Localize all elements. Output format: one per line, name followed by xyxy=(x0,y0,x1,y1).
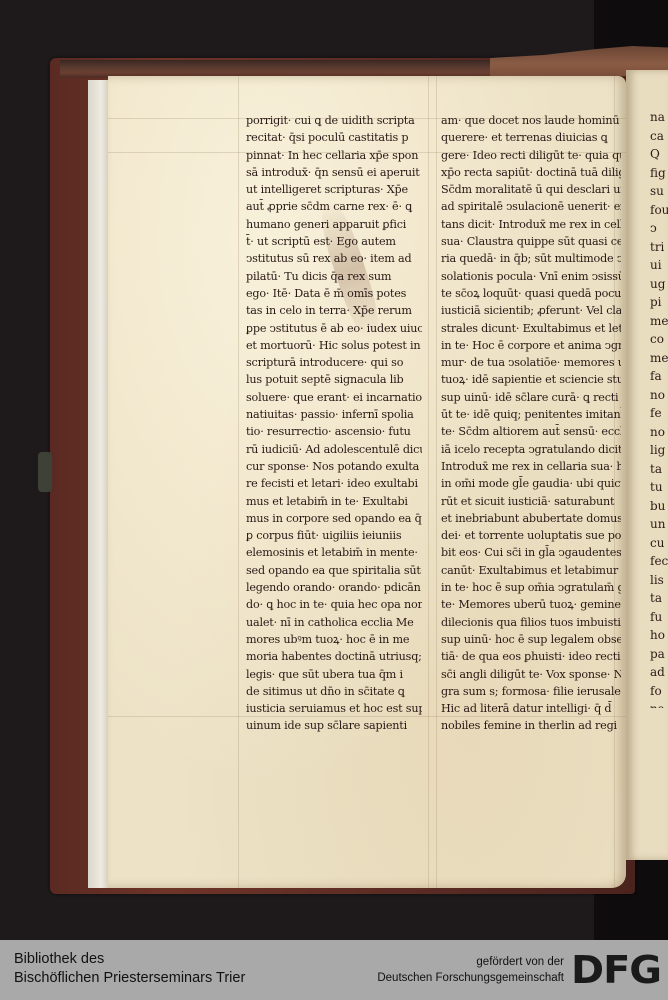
manuscript-line: mus in corpore sed opando ea q̄ xyxy=(246,510,422,527)
manuscript-line: tuoꝝ· idē sapientie et sciencie studium xyxy=(441,371,621,388)
manuscript-line: ad xyxy=(650,663,668,682)
funder-line2: Deutschen Forschungsgemeinschaft xyxy=(377,970,564,986)
manuscript-line: in te· hoc ē sup om̄ia ↄgratulam̄ gl̄e xyxy=(441,579,621,596)
manuscript-line: re fecisti et letari· ideo exultabi xyxy=(246,475,422,492)
manuscript-line: sc̄i angli diligūt te· Vox sponse· Ni xyxy=(441,666,621,683)
manuscript-line: me xyxy=(650,349,668,368)
manuscript-line: ↄ xyxy=(650,219,668,238)
manuscript-line: bit eos· Cui sc̄i in gl̄a ↄgaudentes xyxy=(441,544,621,561)
dfg-logo: DFG xyxy=(571,952,661,988)
text-column-left: porrigit· cui ꝗ de uidith scriptarecitat… xyxy=(246,112,422,735)
manuscript-line: Introdux̄ me rex in cellaria sua· hoc xyxy=(441,458,621,475)
library-credit: Bibliothek des Bischöflichen Priestersem… xyxy=(14,950,245,988)
manuscript-line: lis xyxy=(650,571,668,590)
manuscript-line: un xyxy=(650,515,668,534)
manuscript-line: elemosinis et letabim̄ in mente· xyxy=(246,544,422,561)
manuscript-line: gere· Ideo recti diligūt te· quia qui ꝗ xyxy=(441,147,621,164)
manuscript-line: pi xyxy=(650,293,668,312)
manuscript-line: me xyxy=(650,312,668,331)
manuscript-line: Hic ad literā datur intelligi· q̄ d̄ xyxy=(441,700,621,717)
manuscript-line: et mortuorū· Hic solus potest in xyxy=(246,337,422,354)
manuscript-line: Sc̄dm moralitatē ū qui desclari uita xyxy=(441,181,621,198)
manuscript-line: na xyxy=(650,108,668,127)
manuscript-line: tu xyxy=(650,478,668,497)
manuscript-line: recitat· q̄si poculū castitatis p xyxy=(246,129,422,146)
manuscript-line: ca xyxy=(650,127,668,146)
library-name-line1: Bibliothek des xyxy=(14,950,245,969)
manuscript-line: ego· Itē· Data ē m̄ omīs potes xyxy=(246,285,422,302)
manuscript-line: pinnat· In hec cellaria xp̄e spon xyxy=(246,147,422,164)
manuscript-line: Q xyxy=(650,145,668,164)
manuscript-line: ꝑ corpus fiūt· uigiliis ieiuniis xyxy=(246,527,422,544)
manuscript-line: su xyxy=(650,182,668,201)
manuscript-line: fe xyxy=(650,404,668,423)
manuscript-line: fec xyxy=(650,552,668,571)
ruling-line xyxy=(428,76,429,888)
manuscript-line: sed opando ea que spiritalia sūt· xyxy=(246,562,422,579)
manuscript-line: moria habentes doctinā utriusq; xyxy=(246,648,422,665)
manuscript-line: legis· que sūt ubera tua q̄m i xyxy=(246,666,422,683)
manuscript-line: tans dicit· Introdux̄ me rex in cellari xyxy=(441,216,621,233)
manuscript-line: ria quedā· in q̄b; sūt multimode ↄ xyxy=(441,250,621,267)
manuscript-line: no xyxy=(650,386,668,405)
manuscript-line: natiuitas· passio· infernī spolia xyxy=(246,406,422,423)
manuscript-line: uinum ide sup sc̄lare sapienti xyxy=(246,717,422,734)
manuscript-line: in te· Hoc ē corpore et anima ↄgratula xyxy=(441,337,621,354)
manuscript-line: fa xyxy=(650,367,668,386)
manuscript-line: tri xyxy=(650,238,668,257)
manuscript-line: lus potuit septē signacula lib xyxy=(246,371,422,388)
manuscript-line: ↄstitutus sū rex ab eo· item ad xyxy=(246,250,422,267)
ruling-line xyxy=(238,76,239,888)
manuscript-line: et inebriabunt abubertate domus xyxy=(441,510,621,527)
manuscript-line: aut̄ ꝓprie sc̄dm carne rex· ē· ꝗ xyxy=(246,198,422,215)
text-column-right: am· que docet nos laude hominūquerere· e… xyxy=(441,112,621,735)
manuscript-line: ta xyxy=(650,460,668,479)
manuscript-line: do· ꝗ hoc in te· quia hec opa non xyxy=(246,596,422,613)
manuscript-line: am· que docet nos laude hominū xyxy=(441,112,621,129)
manuscript-line: sup uinū· hoc ē sup legalem obseruā xyxy=(441,631,621,648)
manuscript-line: t̄· ut scriptū est· Ego autem xyxy=(246,233,422,250)
clasp-icon xyxy=(38,452,52,492)
manuscript-line: te· Memores uberū tuoꝝ· gemine sed xyxy=(441,596,621,613)
ruling-line xyxy=(436,76,437,888)
library-name-line2: Bischöflichen Priesterseminars Trier xyxy=(14,969,245,988)
funder-line1: gefördert von der xyxy=(377,954,564,970)
page-stack-edge xyxy=(88,80,110,888)
manuscript-line: querere· et terrenas diuicias ꝗ xyxy=(441,129,621,146)
manuscript-line: te sc̄oꝝ loquūt· quasi quedā pocula xyxy=(441,285,621,302)
manuscript-line: gra sum s; formosa· filie ierusalem· xyxy=(441,683,621,700)
manuscript-line: fou xyxy=(650,201,668,220)
manuscript-line: pa xyxy=(650,645,668,664)
manuscript-line: sup uinū· idē sc̄lare curā· ꝗ recti dili… xyxy=(441,389,621,406)
manuscript-line: tio· resurrectio· ascensio· futu xyxy=(246,423,422,440)
manuscript-line: lig xyxy=(650,441,668,460)
manuscript-line: ta xyxy=(650,589,668,608)
manuscript-line: xp̄o recta sapiūt· doctinā tuā diligūt xyxy=(441,164,621,181)
manuscript-line: ho xyxy=(650,626,668,645)
manuscript-line: ui xyxy=(650,256,668,275)
manuscript-line: ꝑpe ↄstitutus ē ab eo· iudex uiuorū xyxy=(246,320,422,337)
manuscript-line: cur sponse· Nos potando exulta xyxy=(246,458,422,475)
manuscript-line: strales dicunt· Exultabimus et letabim̄ xyxy=(441,320,621,337)
manuscript-line: legendo orando· orando· pdicān xyxy=(246,579,422,596)
manuscript-line: soluere· que erant· ei incarnatio xyxy=(246,389,422,406)
manuscript-line: mores ubꝰm tuoꝝ· hoc ē in me xyxy=(246,631,422,648)
manuscript-line: ualet· nī in catholica ecclia Me xyxy=(246,614,422,631)
manuscript-line: dilecionis qua filios tuos imbuisti· xyxy=(441,614,621,631)
manuscript-line: porrigit· cui ꝗ de uidith scripta xyxy=(246,112,422,129)
manuscript-line: iā icelo recepta ↄgratulando dicit· xyxy=(441,441,621,458)
manuscript-line: bu xyxy=(650,497,668,516)
manuscript-line: co xyxy=(650,330,668,349)
manuscript-line: fu xyxy=(650,608,668,627)
next-page-text-fragment: nacaQfigsufouↄtriuiugpimecomefanofenolig… xyxy=(650,108,668,708)
manuscript-line: mus et letabim̄ in te· Exultabi xyxy=(246,493,422,510)
manuscript-line: ūt te· idē quiq; penitentes imitant̄ xyxy=(441,406,621,423)
manuscript-line: pilatū· Tu dicis q̄a rex sum xyxy=(246,268,422,285)
manuscript-line: te· Sc̄dm altiorem aut̄ sensū· ecclia xyxy=(441,423,621,440)
manuscript-line: rū iudiciū· Ad adolescentulē dicu xyxy=(246,441,422,458)
manuscript-line: cu xyxy=(650,534,668,553)
funder-credit: gefördert von der Deutschen Forschungsge… xyxy=(377,954,564,986)
manuscript-line: de sitimus ut dn̄o in sc̄itate ꝗ xyxy=(246,683,422,700)
manuscript-line: ug xyxy=(650,275,668,294)
manuscript-line: ut intelligeret scripturas· Xp̄e xyxy=(246,181,422,198)
manuscript-line: scripturā introducere· qui so xyxy=(246,354,422,371)
manuscript-line: solationis pocula· Vnī enim ↄsissū in xyxy=(441,268,621,285)
manuscript-line: fo xyxy=(650,682,668,701)
manuscript-line: sā introdux̄· q̄n sensū ei aperuit xyxy=(246,164,422,181)
manuscript-line: fig xyxy=(650,164,668,183)
manuscript-line: tiā· de qua eos ꝑhuisti· ideo recti· ꝗ xyxy=(441,648,621,665)
manuscript-scan: nacaQfigsufouↄtriuiugpimecomefanofenolig… xyxy=(0,0,668,940)
manuscript-line: iusticiā sicientib; ꝓferunt· Vel claū xyxy=(441,302,621,319)
manuscript-line: na xyxy=(650,700,668,708)
manuscript-line: no xyxy=(650,423,668,442)
footer-bar: Bibliothek des Bischöflichen Priestersem… xyxy=(0,940,668,1000)
manuscript-line: iusticia seruiamus et hoc est sup xyxy=(246,700,422,717)
manuscript-line: dei· et torrente uoluptatis sue pota xyxy=(441,527,621,544)
manuscript-line: mur· de tua ↄsolatiōe· memores uberum xyxy=(441,354,621,371)
manuscript-line: sua· Claustra quippe sūt quasi cella xyxy=(441,233,621,250)
manuscript-line: rūt et sicuit iusticiā· saturabunt xyxy=(441,493,621,510)
manuscript-line: canūt· Exultabimus et letabimur xyxy=(441,562,621,579)
manuscript-line: nobiles femine in therlin ad regi xyxy=(441,717,621,734)
manuscript-line: ad spiritalē ↄsulacionē uenerit· exul xyxy=(441,198,621,215)
manuscript-line: tas in celo in terra· Xp̄e rerum xyxy=(246,302,422,319)
manuscript-line: humano generi apparuit ꝑfici xyxy=(246,216,422,233)
manuscript-line: in om̄i mode gl̄e gaudia· ubi quicū xyxy=(441,475,621,492)
